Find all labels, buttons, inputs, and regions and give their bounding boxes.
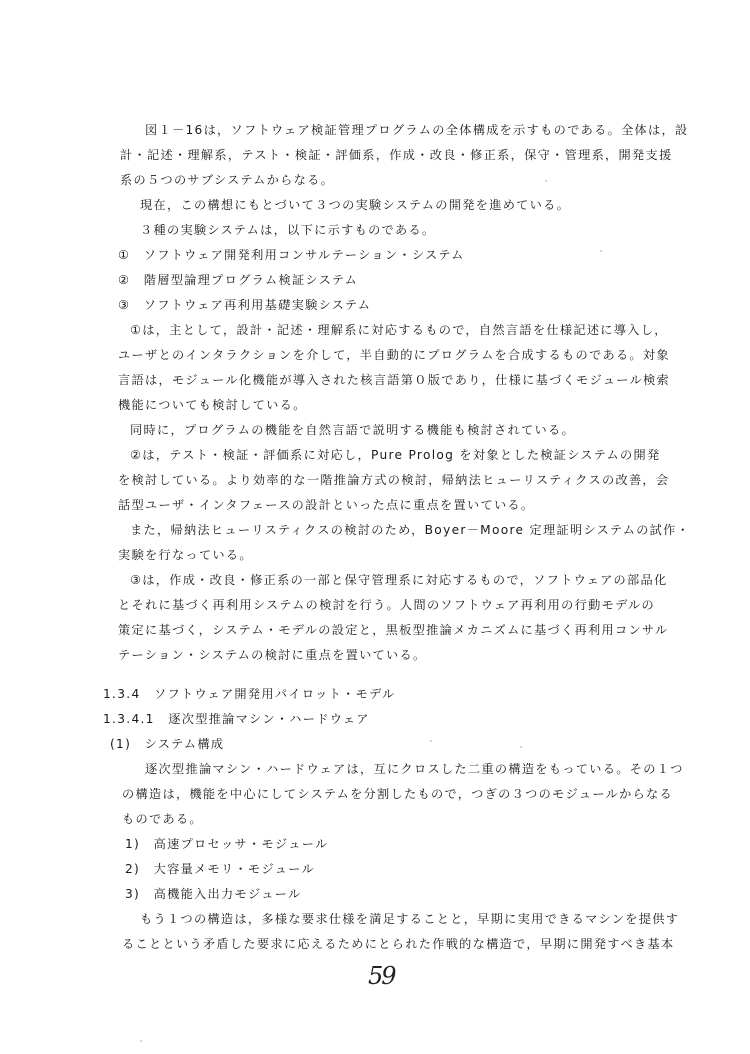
paragraph-line: 図１－16は，ソフトウェア検証管理プログラムの全体構成を示すものである。全体は，… bbox=[145, 122, 689, 138]
paragraph-line: ①は，主として，設計・記述・理解系に対応するもので，自然言語を仕様記述に導入し， bbox=[130, 322, 668, 338]
scan-speck bbox=[520, 746, 522, 748]
paragraph-line: の構造は，機能を中心にしてシステムを分割したもので，つぎの３つのモジュールからな… bbox=[122, 786, 673, 802]
document-page: 図１－16は，ソフトウェア検証管理プログラムの全体構成を示すものである。全体は，… bbox=[0, 0, 750, 1054]
paragraph-line: を検討している。より効率的な一階推論方式の検討，帰納法ヒューリスティクスの改善，… bbox=[118, 472, 669, 488]
paragraph-line: 現在，この構想にもとづいて３つの実験システムの開発を進めている。 bbox=[140, 197, 570, 213]
paragraph-line: ユーザとのインタラクションを介して，半自動的にプログラムを合成するものである。対… bbox=[118, 347, 670, 363]
paragraph-line: ②は，テスト・検証・評価系に対応し，Pure Prolog を対象とした検証シス… bbox=[130, 447, 660, 463]
list-item: ② 階層型論理プログラム検証システム bbox=[118, 272, 358, 288]
paragraph-line: 言語は，モジュール化機能が導入された核言語第０版であり，仕様に基づくモジュール検… bbox=[118, 372, 670, 388]
list-item: ③ ソフトウェア再利用基礎実験システム bbox=[118, 297, 371, 313]
paragraph-line: ることという矛盾した要求に応えるためにとられた作戦的な構造で，早期に開発すべき基… bbox=[122, 936, 675, 952]
section-heading: 1.3.4 ソフトウェア開発用パイロット・モデル bbox=[103, 686, 395, 702]
paragraph-line: もう１つの構造は，多様な要求仕様を満足することと，早期に実用できるマシンを提供す bbox=[140, 911, 679, 927]
page-number: 59 bbox=[368, 962, 395, 990]
paragraph-line: 計・記述・理解系，テスト・検証・評価系，作成・改良・修正系，保守・管理系，開発支… bbox=[120, 147, 673, 163]
paragraph-line: テーション・システムの検討に重点を置いている。 bbox=[118, 647, 427, 663]
paragraph-line: 策定に基づく，システム・モデルの設定と，黒板型推論メカニズムに基づく再利用コンサ… bbox=[118, 622, 668, 638]
paragraph-line: ３種の実験システムは，以下に示すものである。 bbox=[140, 222, 436, 238]
paragraph-line: ものである。 bbox=[122, 811, 203, 827]
paragraph-line: 同時に，プログラムの機能を自然言語で説明する機能も検討されている。 bbox=[130, 422, 575, 438]
paragraph-line: 実験を行なっている。 bbox=[118, 547, 253, 563]
list-item: 2) 大容量メモリ・モジュール bbox=[125, 861, 315, 877]
scan-speck bbox=[600, 250, 602, 252]
list-item: 3) 高機能入出力モジュール bbox=[125, 886, 301, 902]
scan-speck bbox=[430, 740, 432, 742]
scan-speck bbox=[140, 1040, 142, 1042]
list-item: 1) 高速プロセッサ・モジュール bbox=[125, 836, 328, 852]
paragraph-line: ③は，作成・改良・修正系の一部と保守管理系に対応するもので，ソフトウェアの部品化 bbox=[130, 572, 668, 588]
subsection-heading: 1.3.4.1 逐次型推論マシン・ハードウェア bbox=[103, 711, 370, 727]
paragraph-line: 話型ユーザ・インタフェースの設計といった点に重点を置いている。 bbox=[118, 497, 534, 513]
paragraph-line: 機能についても検討している。 bbox=[118, 397, 307, 413]
subsubsection-heading: (1) システム構成 bbox=[110, 736, 224, 752]
paragraph-line: 逐次型推論マシン・ハードウェアは，互にクロスした二重の構造をもっている。その１つ bbox=[145, 761, 684, 777]
scan-speck bbox=[545, 180, 547, 182]
paragraph-line: とそれに基づく再利用システムの検討を行う。人間のソフトウェア再利用の行動モデルの bbox=[118, 597, 655, 613]
paragraph-line: また，帰納法ヒューリスティクスの検討のため，Boyer－Moore 定理証明シス… bbox=[130, 522, 690, 538]
list-item: ① ソフトウェア開発利用コンサルテーション・システム bbox=[118, 247, 465, 263]
paragraph-line: 系の５つのサブシステムからなる。 bbox=[120, 172, 334, 188]
